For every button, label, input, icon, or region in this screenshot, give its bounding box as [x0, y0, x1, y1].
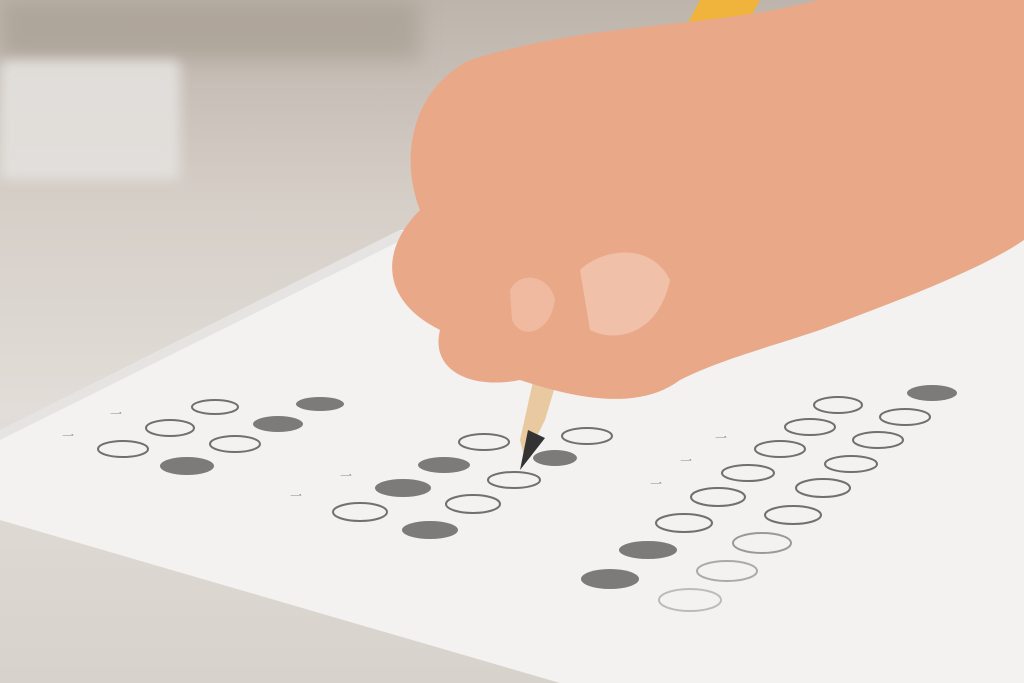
photo-scene: 一 一 一 一 一 一 一: [0, 0, 1024, 683]
hand-with-pencil: [0, 0, 1024, 683]
hand: [392, 0, 1024, 399]
